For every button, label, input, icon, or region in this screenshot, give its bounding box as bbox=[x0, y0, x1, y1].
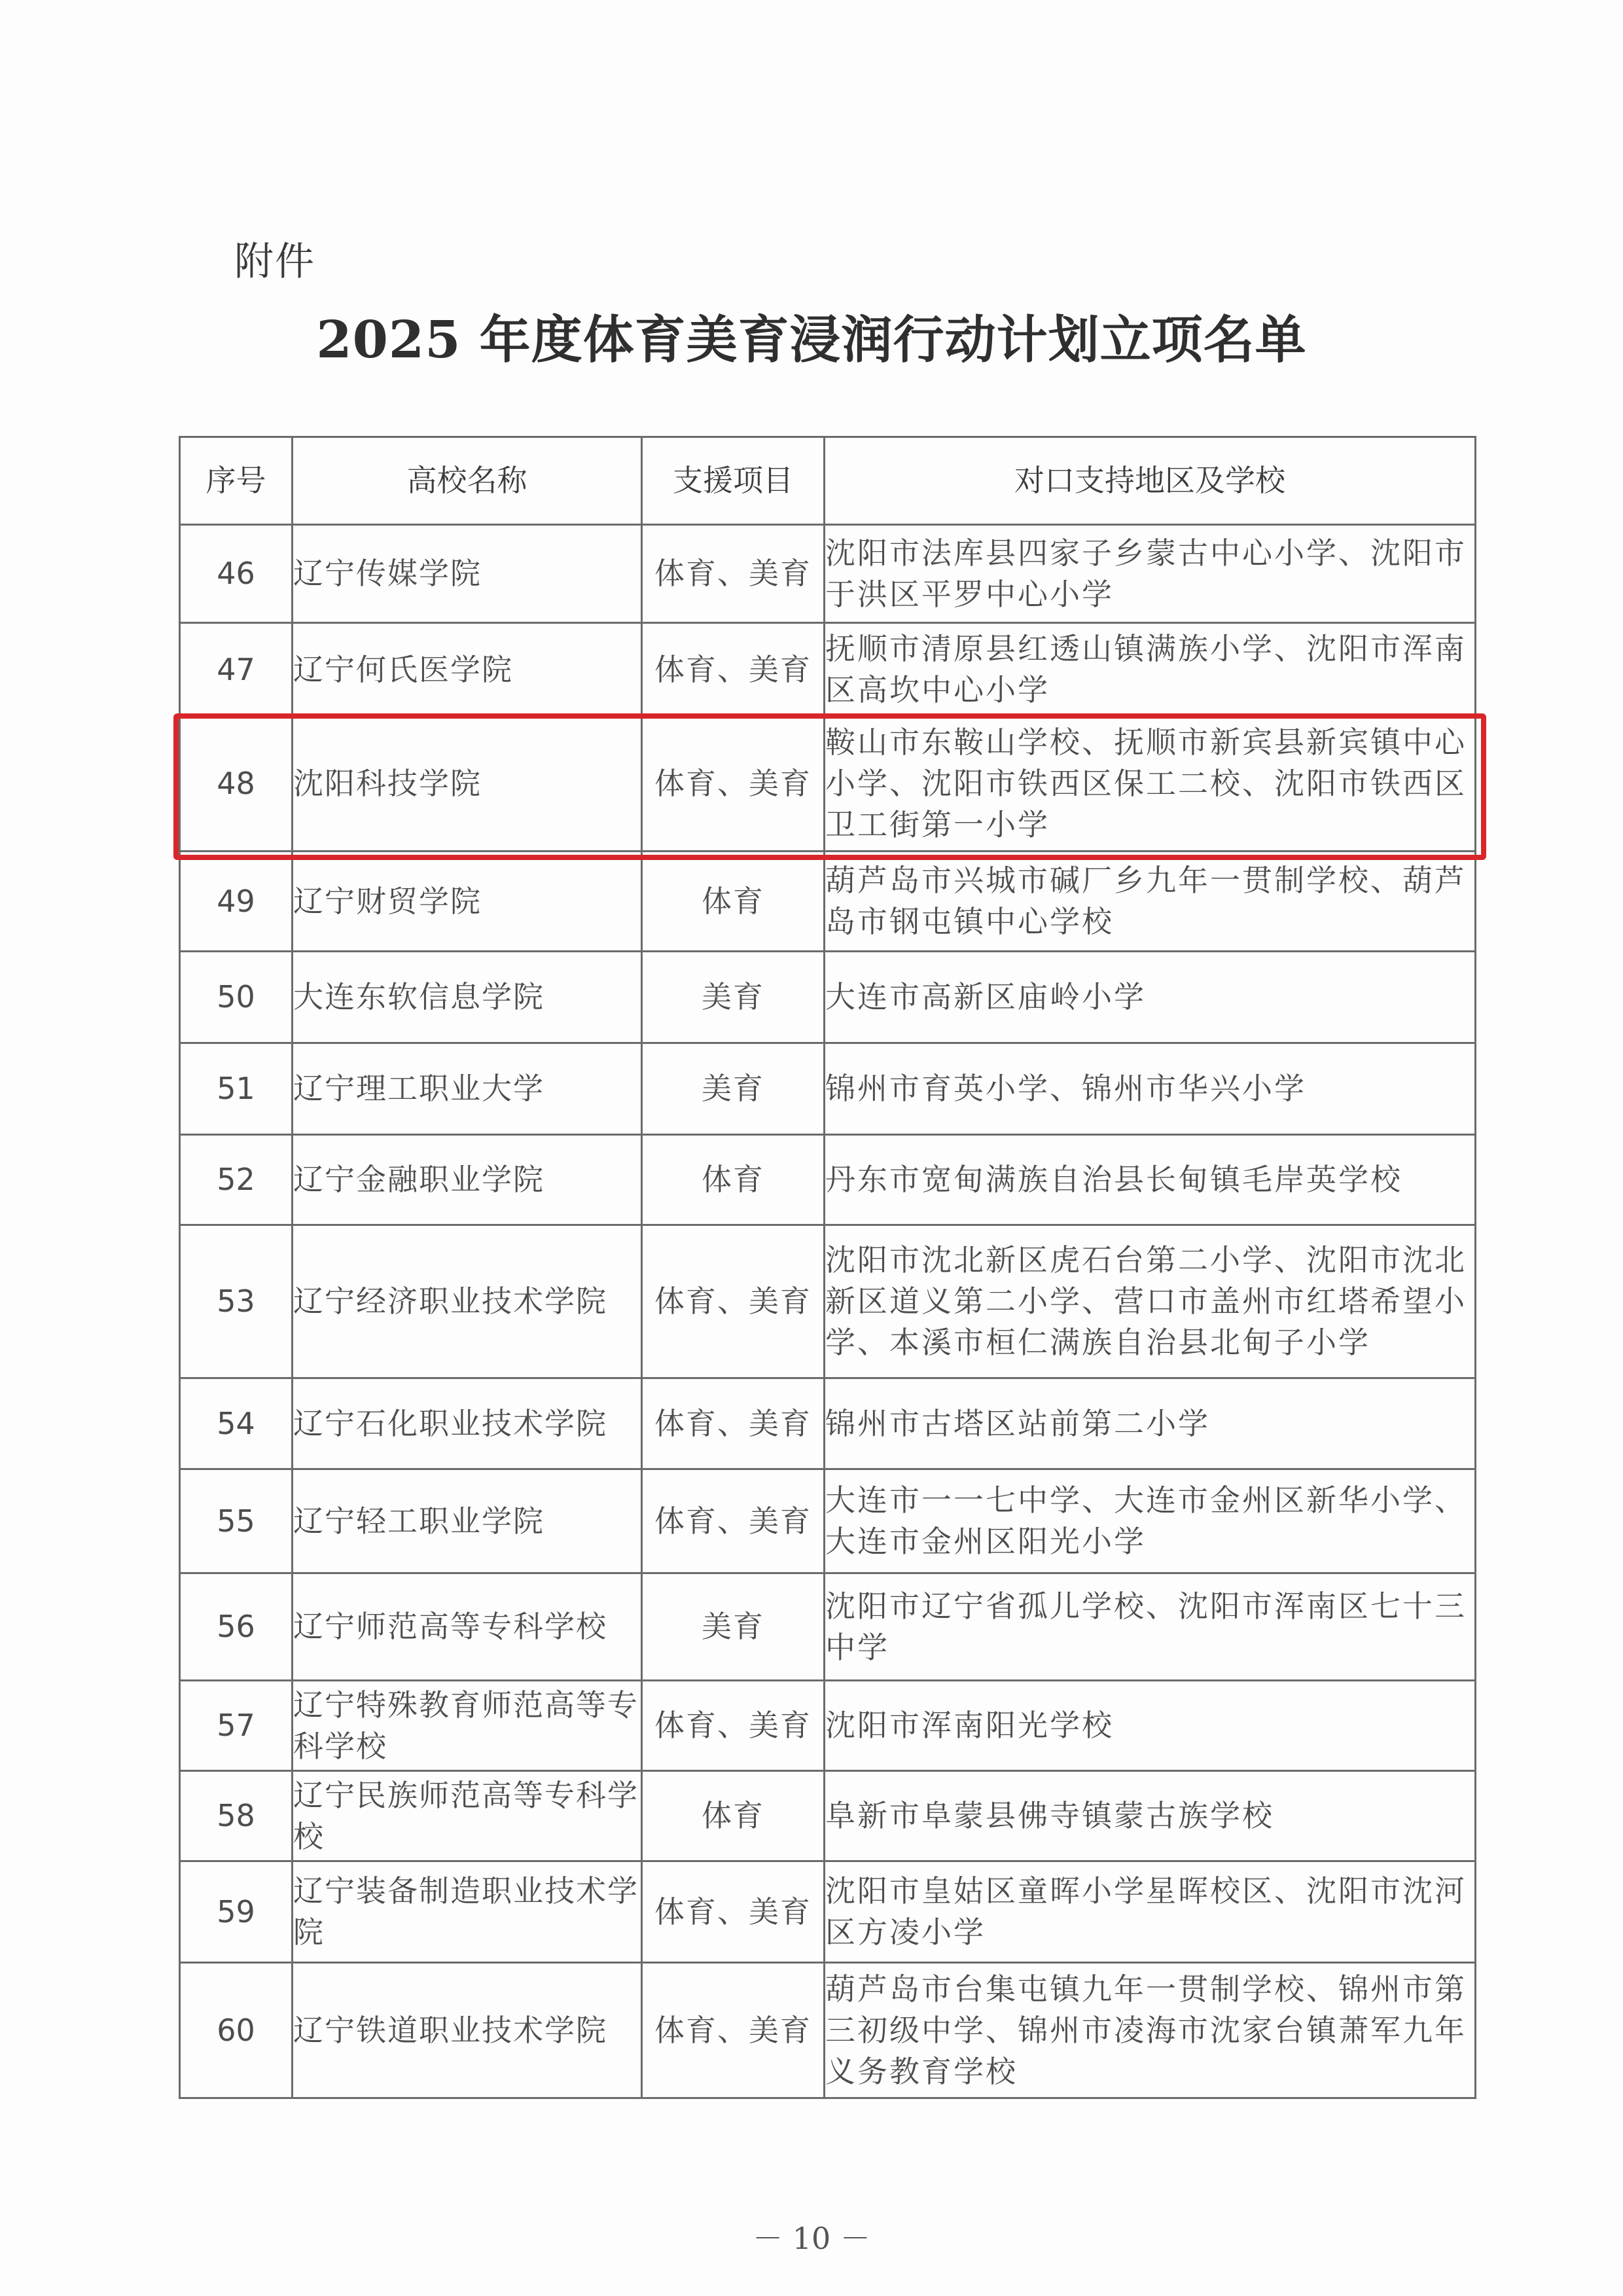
table-row-51: 51 辽宁理工职业大学 美育 锦州市育英小学、锦州市华兴小学 bbox=[180, 1043, 1476, 1135]
table-row-49: 49 辽宁财贸学院 体育 葫芦岛市兴城市碱厂乡九年一贯制学校、葫芦岛市钢屯镇中心… bbox=[180, 852, 1476, 952]
cell-index: 59 bbox=[180, 1861, 293, 1963]
cell-university: 辽宁民族师范高等专科学校 bbox=[293, 1771, 642, 1861]
document-title: 2025 年度体育美育浸润行动计划立项名单 bbox=[0, 308, 1623, 373]
cell-university: 辽宁财贸学院 bbox=[293, 852, 642, 952]
cell-index: 57 bbox=[180, 1681, 293, 1771]
cell-index: 60 bbox=[180, 1963, 293, 2098]
cell-area: 沈阳市辽宁省孤儿学校、沈阳市浑南区七十三中学 bbox=[825, 1573, 1476, 1681]
cell-area: 沈阳市法库县四家子乡蒙古中心小学、沈阳市于洪区平罗中心小学 bbox=[825, 525, 1476, 623]
table-row-56: 56 辽宁师范高等专科学校 美育 沈阳市辽宁省孤儿学校、沈阳市浑南区七十三中学 bbox=[180, 1573, 1476, 1681]
cell-area: 葫芦岛市兴城市碱厂乡九年一贯制学校、葫芦岛市钢屯镇中心学校 bbox=[825, 852, 1476, 952]
cell-area: 沈阳市浑南阳光学校 bbox=[825, 1681, 1476, 1771]
cell-area: 大连市高新区庙岭小学 bbox=[825, 952, 1476, 1043]
attachment-label: 附件 bbox=[234, 236, 315, 288]
cell-project: 体育、美育 bbox=[642, 623, 825, 717]
project-list-table-container: 序号 高校名称 支援项目 对口支持地区及学校 46 辽宁传媒学院 体育、美育 沈… bbox=[179, 436, 1474, 2099]
cell-university: 大连东软信息学院 bbox=[293, 952, 642, 1043]
cell-project: 体育、美育 bbox=[642, 1963, 825, 2098]
header-project: 支援项目 bbox=[642, 437, 825, 525]
table-row-59: 59 辽宁装备制造职业技术学院 体育、美育 沈阳市皇姑区童晖小学星晖校区、沈阳市… bbox=[180, 1861, 1476, 1963]
cell-project: 体育、美育 bbox=[642, 717, 825, 852]
page-number: － 10 － bbox=[0, 2219, 1623, 2258]
cell-area: 大连市一一七中学、大连市金州区新华小学、大连市金州区阳光小学 bbox=[825, 1469, 1476, 1573]
cell-university: 辽宁师范高等专科学校 bbox=[293, 1573, 642, 1681]
cell-project: 体育、美育 bbox=[642, 525, 825, 623]
table-body: 46 辽宁传媒学院 体育、美育 沈阳市法库县四家子乡蒙古中心小学、沈阳市于洪区平… bbox=[180, 525, 1476, 2098]
table-row-53: 53 辽宁经济职业技术学院 体育、美育 沈阳市沈北新区虎石台第二小学、沈阳市沈北… bbox=[180, 1225, 1476, 1378]
cell-index: 58 bbox=[180, 1771, 293, 1861]
table-row-46: 46 辽宁传媒学院 体育、美育 沈阳市法库县四家子乡蒙古中心小学、沈阳市于洪区平… bbox=[180, 525, 1476, 623]
cell-university: 辽宁装备制造职业技术学院 bbox=[293, 1861, 642, 1963]
cell-project: 美育 bbox=[642, 1573, 825, 1681]
cell-index: 46 bbox=[180, 525, 293, 623]
cell-project: 体育、美育 bbox=[642, 1469, 825, 1573]
cell-university: 辽宁理工职业大学 bbox=[293, 1043, 642, 1135]
cell-area: 沈阳市皇姑区童晖小学星晖校区、沈阳市沈河区方凌小学 bbox=[825, 1861, 1476, 1963]
table-row-55: 55 辽宁轻工职业学院 体育、美育 大连市一一七中学、大连市金州区新华小学、大连… bbox=[180, 1469, 1476, 1573]
cell-university: 辽宁金融职业学院 bbox=[293, 1135, 642, 1225]
cell-index: 54 bbox=[180, 1378, 293, 1469]
table-row-48: 48 沈阳科技学院 体育、美育 鞍山市东鞍山学校、抚顺市新宾县新宾镇中心小学、沈… bbox=[180, 717, 1476, 852]
cell-project: 体育、美育 bbox=[642, 1225, 825, 1378]
cell-university: 辽宁轻工职业学院 bbox=[293, 1469, 642, 1573]
header-index: 序号 bbox=[180, 437, 293, 525]
cell-university: 辽宁石化职业技术学院 bbox=[293, 1378, 642, 1469]
cell-index: 51 bbox=[180, 1043, 293, 1135]
cell-area: 沈阳市沈北新区虎石台第二小学、沈阳市沈北新区道义第二小学、营口市盖州市红塔希望小… bbox=[825, 1225, 1476, 1378]
table-row-50: 50 大连东软信息学院 美育 大连市高新区庙岭小学 bbox=[180, 952, 1476, 1043]
cell-index: 50 bbox=[180, 952, 293, 1043]
cell-project: 体育、美育 bbox=[642, 1378, 825, 1469]
cell-university: 辽宁传媒学院 bbox=[293, 525, 642, 623]
table-row-52: 52 辽宁金融职业学院 体育 丹东市宽甸满族自治县长甸镇毛岸英学校 bbox=[180, 1135, 1476, 1225]
cell-project: 体育 bbox=[642, 1135, 825, 1225]
header-university: 高校名称 bbox=[293, 437, 642, 525]
cell-index: 55 bbox=[180, 1469, 293, 1573]
cell-area: 锦州市育英小学、锦州市华兴小学 bbox=[825, 1043, 1476, 1135]
cell-university: 辽宁特殊教育师范高等专科学校 bbox=[293, 1681, 642, 1771]
cell-index: 48 bbox=[180, 717, 293, 852]
cell-area: 鞍山市东鞍山学校、抚顺市新宾县新宾镇中心小学、沈阳市铁西区保工二校、沈阳市铁西区… bbox=[825, 717, 1476, 852]
header-area: 对口支持地区及学校 bbox=[825, 437, 1476, 525]
cell-university: 辽宁铁道职业技术学院 bbox=[293, 1963, 642, 2098]
cell-university: 沈阳科技学院 bbox=[293, 717, 642, 852]
table-row-47: 47 辽宁何氏医学院 体育、美育 抚顺市清原县红透山镇满族小学、沈阳市浑南区高坎… bbox=[180, 623, 1476, 717]
cell-index: 49 bbox=[180, 852, 293, 952]
cell-project: 体育 bbox=[642, 1771, 825, 1861]
cell-project: 美育 bbox=[642, 952, 825, 1043]
table-row-57: 57 辽宁特殊教育师范高等专科学校 体育、美育 沈阳市浑南阳光学校 bbox=[180, 1681, 1476, 1771]
cell-project: 体育、美育 bbox=[642, 1681, 825, 1771]
cell-area: 锦州市古塔区站前第二小学 bbox=[825, 1378, 1476, 1469]
cell-project: 体育 bbox=[642, 852, 825, 952]
cell-area: 抚顺市清原县红透山镇满族小学、沈阳市浑南区高坎中心小学 bbox=[825, 623, 1476, 717]
table-row-58: 58 辽宁民族师范高等专科学校 体育 阜新市阜蒙县佛寺镇蒙古族学校 bbox=[180, 1771, 1476, 1861]
table-row-60: 60 辽宁铁道职业技术学院 体育、美育 葫芦岛市台集屯镇九年一贯制学校、锦州市第… bbox=[180, 1963, 1476, 2098]
cell-area: 丹东市宽甸满族自治县长甸镇毛岸英学校 bbox=[825, 1135, 1476, 1225]
table-header-row: 序号 高校名称 支援项目 对口支持地区及学校 bbox=[180, 437, 1476, 525]
cell-university: 辽宁何氏医学院 bbox=[293, 623, 642, 717]
cell-index: 52 bbox=[180, 1135, 293, 1225]
cell-index: 47 bbox=[180, 623, 293, 717]
cell-index: 56 bbox=[180, 1573, 293, 1681]
cell-index: 53 bbox=[180, 1225, 293, 1378]
cell-area: 葫芦岛市台集屯镇九年一贯制学校、锦州市第三初级中学、锦州市凌海市沈家台镇萧军九年… bbox=[825, 1963, 1476, 2098]
cell-project: 美育 bbox=[642, 1043, 825, 1135]
cell-area: 阜新市阜蒙县佛寺镇蒙古族学校 bbox=[825, 1771, 1476, 1861]
table-row-54: 54 辽宁石化职业技术学院 体育、美育 锦州市古塔区站前第二小学 bbox=[180, 1378, 1476, 1469]
project-list-table: 序号 高校名称 支援项目 对口支持地区及学校 46 辽宁传媒学院 体育、美育 沈… bbox=[179, 436, 1476, 2099]
cell-project: 体育、美育 bbox=[642, 1861, 825, 1963]
cell-university: 辽宁经济职业技术学院 bbox=[293, 1225, 642, 1378]
